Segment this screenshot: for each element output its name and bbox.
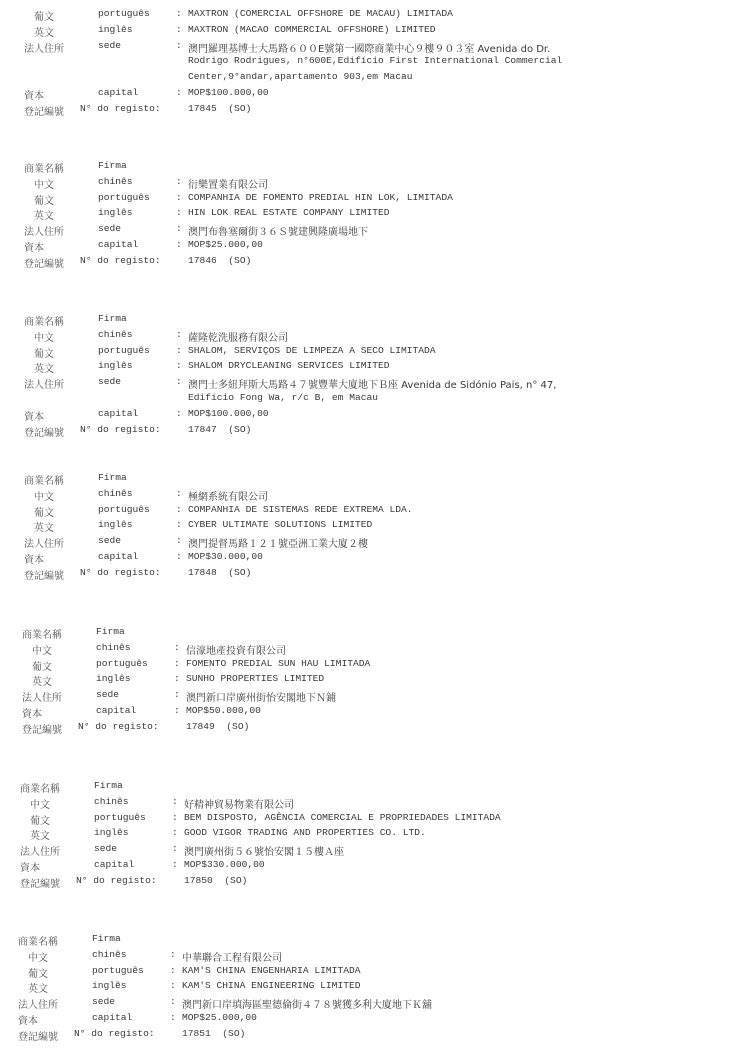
field-separator: : [176,504,182,515]
field-label-pt: N° do registo: [76,875,157,886]
field-label-zh: 英文 [34,24,54,39]
share-capital: MOP$100.000,00 [188,408,269,419]
field-separator: : [176,176,182,187]
registered-address: 澳門新口岸廣州街怡安閣地下Ｎ鋪 [186,689,336,704]
field-label-pt: português [98,8,150,19]
field-label-zh: 法人住所 [24,376,64,391]
company-name-english: CYBER ULTIMATE SOLUTIONS LIMITED [188,519,372,530]
field-label-zh: 登記編號 [24,424,64,439]
field-label-zh: 登記編號 [22,721,62,736]
field-separator: : [174,689,180,700]
field-label-pt: português [98,504,150,515]
field-label-zh: 法人住所 [24,40,64,55]
field-label-zh: 葡文 [34,192,54,207]
company-name-chinese: 薩隆乾洗服務有限公司 [188,329,288,344]
field-label-pt: chinês [98,329,133,340]
field-label-zh: 中文 [32,642,52,657]
field-label-zh: 資本 [20,859,40,874]
registration-number: 17848 (SO) [188,567,251,578]
field-label-pt: capital [92,1012,132,1023]
field-label-pt: sede [98,376,121,387]
field-label-zh: 葡文 [28,965,48,980]
field-label-pt: inglês [98,24,133,35]
field-label-zh: 資本 [24,408,44,423]
field-label-pt: sede [96,689,119,700]
field-label-pt: português [98,192,150,203]
field-label-zh: 法人住所 [20,843,60,858]
field-label-zh: 商業名稱 [20,780,60,795]
company-name-portuguese: COMPANHIA DE SISTEMAS REDE EXTREMA LDA. [188,504,413,515]
company-name-portuguese: SHALOM, SERVIÇOS DE LIMPEZA A SECO LIMIT… [188,345,436,356]
field-label-pt: capital [94,859,134,870]
field-label-zh: 法人住所 [22,689,62,704]
field-label-pt: N° do registo: [80,255,161,266]
field-label-pt: Firma [98,472,127,483]
registration-number: 17850 (SO) [184,875,247,886]
share-capital: MOP$50.000,00 [186,705,261,716]
share-capital: MOP$30.000,00 [188,551,263,562]
company-name-chinese: 信濠地產投資有限公司 [186,642,286,657]
field-label-zh: 葡文 [34,504,54,519]
field-separator: : [176,223,182,234]
field-separator: : [176,408,182,419]
field-label-zh: 英文 [34,519,54,534]
field-label-pt: N° do registo: [74,1028,155,1039]
company-name-portuguese: BEM DISPOSTO, AGÊNCIA COMERCIAL E PROPRI… [184,812,501,823]
field-label-pt: português [92,965,144,976]
field-label-pt: chinês [98,176,133,187]
registration-number: 17851 (SO) [182,1028,245,1039]
field-label-pt: sede [98,223,121,234]
company-name-english: GOOD VIGOR TRADING AND PROPERTIES CO. LT… [184,827,426,838]
field-separator: : [176,360,182,371]
registration-number: 17846 (SO) [188,255,251,266]
field-label-pt: Firma [92,933,121,944]
field-separator: : [176,24,182,35]
field-label-pt: português [96,658,148,669]
field-label-pt: N° do registo: [80,424,161,435]
registered-address: 澳門提督馬路１２１號亞洲工業大廈２樓 [188,535,368,550]
field-separator: : [176,488,182,499]
field-label-pt: chinês [92,949,127,960]
registration-number: 17849 (SO) [186,721,249,732]
field-label-zh: 商業名稱 [24,472,64,487]
company-name-chinese: 極網系統有限公司 [188,488,268,503]
company-name-portuguese: FOMENTO PREDIAL SUN HAU LIMITADA [186,658,370,669]
field-separator: : [170,980,176,991]
field-label-pt: sede [92,996,115,1007]
company-name-english: KAM'S CHINA ENGINEERING LIMITED [182,980,360,991]
field-separator: : [176,345,182,356]
field-label-pt: chinês [98,488,133,499]
field-separator: : [174,658,180,669]
field-separator: : [176,207,182,218]
field-label-pt: português [94,812,146,823]
field-separator: : [176,519,182,530]
share-capital: MOP$25.000,00 [182,1012,257,1023]
company-name-english: HIN LOK REAL ESTATE COMPANY LIMITED [188,207,390,218]
field-separator: : [170,1012,176,1023]
field-label-zh: 中文 [30,796,50,811]
company-name-chinese: 中華聯合工程有限公司 [182,949,282,964]
field-label-zh: 葡文 [30,812,50,827]
field-label-pt: N° do registo: [80,103,161,114]
company-name-chinese: 好精神貿易物業有限公司 [184,796,294,811]
field-label-pt: português [98,345,150,356]
field-label-pt: capital [98,551,138,562]
field-separator: : [176,376,182,387]
field-label-pt: capital [98,408,138,419]
field-label-zh: 英文 [32,673,52,688]
field-label-pt: capital [98,87,138,98]
company-name-english: SUNHO PROPERTIES LIMITED [186,673,324,684]
field-label-pt: N° do registo: [80,567,161,578]
field-label-pt: inglês [92,980,127,991]
field-label-pt: inglês [98,519,133,530]
field-label-zh: 葡文 [34,345,54,360]
field-label-pt: sede [98,40,121,51]
field-label-pt: Firma [98,160,127,171]
field-separator: : [176,551,182,562]
field-label-zh: 商業名稱 [24,313,64,328]
field-separator: : [170,949,176,960]
registered-address: 澳門布魯塞爾街３６Ｓ號建興隆廣場地下 [188,223,368,238]
field-separator: : [174,705,180,716]
field-label-pt: Firma [96,626,125,637]
field-label-zh: 資本 [18,1012,38,1027]
company-name-chinese: 衍樂置業有限公司 [188,176,268,191]
field-separator: : [176,329,182,340]
field-label-pt: capital [98,239,138,250]
field-label-zh: 英文 [30,827,50,842]
field-label-zh: 商業名稱 [18,933,58,948]
registration-number: 17847 (SO) [188,424,251,435]
field-separator: : [176,535,182,546]
field-separator: : [174,673,180,684]
field-label-zh: 資本 [24,239,44,254]
field-label-pt: Firma [94,780,123,791]
field-label-zh: 葡文 [34,8,54,23]
field-label-zh: 中文 [34,329,54,344]
share-capital: MOP$25.000,00 [188,239,263,250]
field-label-zh: 葡文 [32,658,52,673]
field-label-zh: 登記編號 [20,875,60,890]
field-label-zh: 英文 [34,207,54,222]
field-label-zh: 法人住所 [24,535,64,550]
field-label-pt: inglês [94,827,129,838]
registered-address-continued: Rodrigo Rodrigues, n°600E,Edifício First… [188,55,562,66]
field-label-zh: 商業名稱 [22,626,62,641]
registered-address: 澳門士多紐拜斯大馬路４７號豐華大廈地下Ｂ座 Avenida de Sidónio… [188,376,556,391]
field-label-pt: sede [98,535,121,546]
registered-address: 澳門廣州街５６號怡安閣１５樓Ａ座 [184,843,344,858]
field-separator: : [172,859,178,870]
field-label-pt: chinês [96,642,131,653]
field-label-zh: 登記編號 [24,567,64,582]
field-label-zh: 登記編號 [24,255,64,270]
field-label-zh: 登記編號 [24,103,64,118]
company-name-english: MAXTRON (MACAO COMMERCIAL OFFSHORE) LIMI… [188,24,436,35]
field-label-pt: capital [96,705,136,716]
field-label-zh: 資本 [22,705,42,720]
field-separator: : [176,8,182,19]
field-separator: : [172,812,178,823]
registered-address-continued: Edifício Fong Wa, r/c B, em Macau [188,392,378,403]
share-capital: MOP$100.000,00 [188,87,269,98]
field-separator: : [172,796,178,807]
registered-address: 澳門羅理基博士大馬路６００E號第一國際商業中心９樓９０３室 Avenida do… [188,40,550,55]
field-separator: : [176,87,182,98]
field-label-pt: sede [94,843,117,854]
company-name-english: SHALOM DRYCLEANING SERVICES LIMITED [188,360,390,371]
registered-address: 澳門新口岸填海區聖德倫街４７８號獲多利大廈地下Ｋ舖 [182,996,432,1011]
field-separator: : [172,843,178,854]
field-label-pt: inglês [96,673,131,684]
field-separator: : [174,642,180,653]
field-label-zh: 中文 [28,949,48,964]
company-name-portuguese: COMPANHIA DE FOMENTO PREDIAL HIN LOK, LI… [188,192,453,203]
field-label-pt: inglês [98,360,133,371]
field-label-zh: 英文 [28,980,48,995]
field-label-zh: 資本 [24,87,44,102]
field-label-zh: 登記編號 [18,1028,58,1043]
registration-number: 17845 (SO) [188,103,251,114]
registered-address-continued: Center,9°andar,apartamento 903,em Macau [188,71,413,82]
field-label-zh: 資本 [24,551,44,566]
field-label-pt: Firma [98,313,127,324]
field-label-zh: 英文 [34,360,54,375]
company-name-portuguese: KAM'S CHINA ENGENHARIA LIMITADA [182,965,360,976]
field-label-zh: 法人住所 [18,996,58,1011]
field-separator: : [170,965,176,976]
field-separator: : [172,827,178,838]
company-name-portuguese: MAXTRON (COMERCIAL OFFSHORE DE MACAU) LI… [188,8,453,19]
field-separator: : [176,192,182,203]
field-separator: : [176,40,182,51]
field-label-zh: 中文 [34,488,54,503]
field-separator: : [170,996,176,1007]
field-label-zh: 中文 [34,176,54,191]
field-label-pt: chinês [94,796,129,807]
share-capital: MOP$330.000,00 [184,859,265,870]
field-label-zh: 法人住所 [24,223,64,238]
field-separator: : [176,239,182,250]
field-label-pt: N° do registo: [78,721,159,732]
field-label-pt: inglês [98,207,133,218]
field-label-zh: 商業名稱 [24,160,64,175]
